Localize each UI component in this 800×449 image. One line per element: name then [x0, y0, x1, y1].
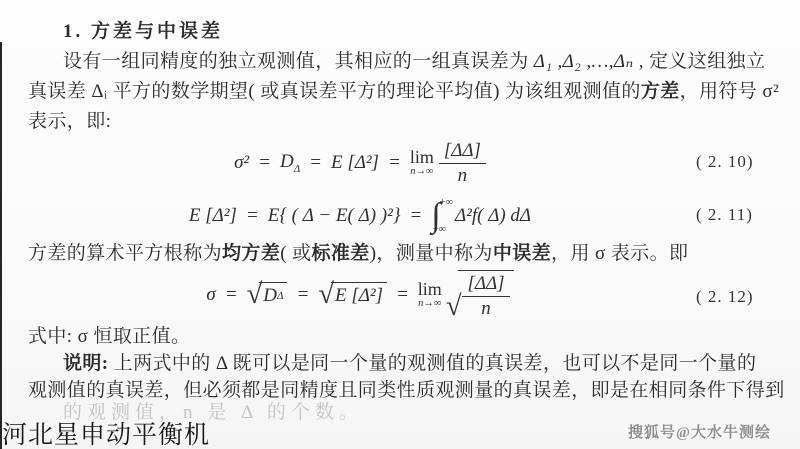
eq-variable: D	[280, 151, 294, 172]
eq-term: DΔ	[280, 151, 300, 175]
eq-term: Δ²f( Δ) dΔ	[455, 205, 531, 227]
equation-2-12: σ = √ DΔ = √ E [Δ²] = lim n→∞ √ [ΔΔ] n	[0, 268, 720, 322]
eq-subscript: Δ	[277, 290, 283, 302]
lim-subscript: n→∞	[410, 167, 433, 178]
integral-upper-bound: +∞	[440, 197, 453, 208]
equals-sign: =	[296, 284, 309, 306]
fraction: [ΔΔ] n	[462, 273, 509, 320]
bold-term-note: 说明:	[63, 353, 109, 374]
equation-number-2-11: ( 2. 11)	[696, 205, 753, 225]
eq-subscript: Δ	[294, 163, 300, 175]
bold-term-medium-error: 中误差	[493, 243, 551, 264]
equation-number-2-10: ( 2. 10)	[696, 152, 754, 172]
inline-formula-delta-series: Δ₁ ,Δ₂ ,…,Δₙ	[534, 51, 634, 72]
eq-term: σ²	[234, 152, 249, 174]
paragraph-text: ( 或	[280, 243, 311, 264]
equals-sign: =	[409, 205, 422, 227]
equals-sign: =	[396, 284, 409, 306]
paragraph-text: 上两式中的 Δ 既可以是同一个量的观测值的真误差，也可以不是同一个量的	[109, 353, 757, 374]
paragraph-text: , 定义这组独立	[634, 51, 766, 72]
eq-variable: D	[263, 285, 277, 307]
section-heading: 1. 方差与中误差	[63, 20, 223, 44]
integral-lower-bound: −∞	[433, 224, 446, 235]
paragraph-text: ，用 σ 表示。即	[551, 243, 688, 264]
equation-2-10: σ² = DΔ = E [Δ²] = lim n→∞ [ΔΔ] n	[0, 138, 720, 188]
paragraph-text: )，测量中称为	[370, 243, 493, 264]
integral-operator: ∫ +∞ −∞	[431, 197, 453, 235]
sqrt-radical: √ E [Δ²]	[318, 282, 387, 308]
sohu-account-watermark: 搜狐号@大水牛测绘	[628, 421, 771, 442]
equals-sign: =	[388, 152, 401, 174]
lim-word: lim	[418, 280, 442, 298]
equals-sign: =	[309, 152, 322, 174]
scanned-textbook-page: 1. 方差与中误差 设有一组同精度的独立观测值，其相应的一组真误差为 Δ₁ ,Δ…	[0, 0, 800, 449]
radicand: DΔ	[259, 282, 287, 308]
limit-operator: lim n→∞	[410, 148, 434, 178]
fraction-denominator: n	[481, 297, 491, 320]
limit-operator: lim n→∞	[418, 280, 442, 310]
equation-2-11: E [Δ²] = E{ ( Δ − E( Δ) )²} = ∫ +∞ −∞ Δ²…	[0, 192, 720, 240]
paragraph-text: 方差的算术平方根称为	[28, 243, 222, 264]
fraction: [ΔΔ] n	[439, 140, 486, 187]
fraction-numerator: [ΔΔ]	[439, 140, 486, 164]
sqrt-radical: √ DΔ	[247, 282, 288, 308]
integral-bounds: +∞ −∞	[440, 197, 453, 235]
eq-term: E [Δ²]	[189, 205, 237, 227]
equals-sign: =	[225, 284, 238, 306]
paragraph-line-2: 真误差 Δᵢ 平方的数学期望( 或真误差平方的理论平均值) 为该组观测值的方差，…	[28, 80, 779, 104]
radicand: [ΔΔ] n	[458, 270, 513, 320]
fraction-numerator: [ΔΔ]	[462, 273, 509, 297]
paragraph-line-1: 设有一组同精度的独立观测值，其相应的一组真误差为 Δ₁ ,Δ₂ ,…,Δₙ , …	[63, 50, 765, 74]
radicand: E [Δ²]	[331, 282, 387, 308]
equals-sign: =	[258, 152, 271, 174]
paragraph-line-6: 说明: 上两式中的 Δ 既可以是同一个量的观测值的真误差，也可以不是同一个量的	[63, 352, 756, 376]
sqrt-radical: √ [ΔΔ] n	[446, 270, 514, 320]
equation-number-2-12: ( 2. 12)	[696, 287, 754, 307]
paragraph-text: 设有一组同精度的独立观测值，其相应的一组真误差为	[63, 51, 534, 72]
paragraph-text: 真误差 Δᵢ 平方的数学期望( 或真误差平方的理论平均值) 为该组观测值的	[28, 81, 641, 102]
bold-term-mean-square-error: 均方差	[222, 243, 280, 264]
paragraph-text: ，用符号 σ²	[680, 81, 780, 102]
paragraph-line-7: 观测值的真误差，但必须都是同精度且同类性质观测量的真误差，即是在相同条件下得到	[28, 379, 785, 403]
equals-sign: =	[246, 205, 259, 227]
paragraph-line-3: 表示，即:	[28, 110, 111, 134]
overlay-caption-hebei-xingshendong: 河北星申动平衡机	[2, 415, 210, 449]
eq-term: E{ ( Δ − E( Δ) )²}	[268, 205, 401, 227]
paragraph-line-4: 方差的算术平方根称为均方差( 或标准差)，测量中称为中误差，用 σ 表示。即	[28, 242, 688, 266]
fraction-denominator: n	[458, 164, 468, 187]
bold-term-standard-deviation: 标准差	[312, 243, 370, 264]
lim-word: lim	[410, 148, 434, 166]
bold-term-variance: 方差	[641, 81, 680, 102]
paragraph-line-5: 式中: σ 恒取正值。	[28, 325, 190, 349]
eq-term: E [Δ²]	[331, 152, 379, 174]
lim-subscript: n→∞	[418, 299, 441, 310]
page-left-edge-shadow	[0, 42, 2, 449]
eq-term: σ	[206, 284, 215, 306]
